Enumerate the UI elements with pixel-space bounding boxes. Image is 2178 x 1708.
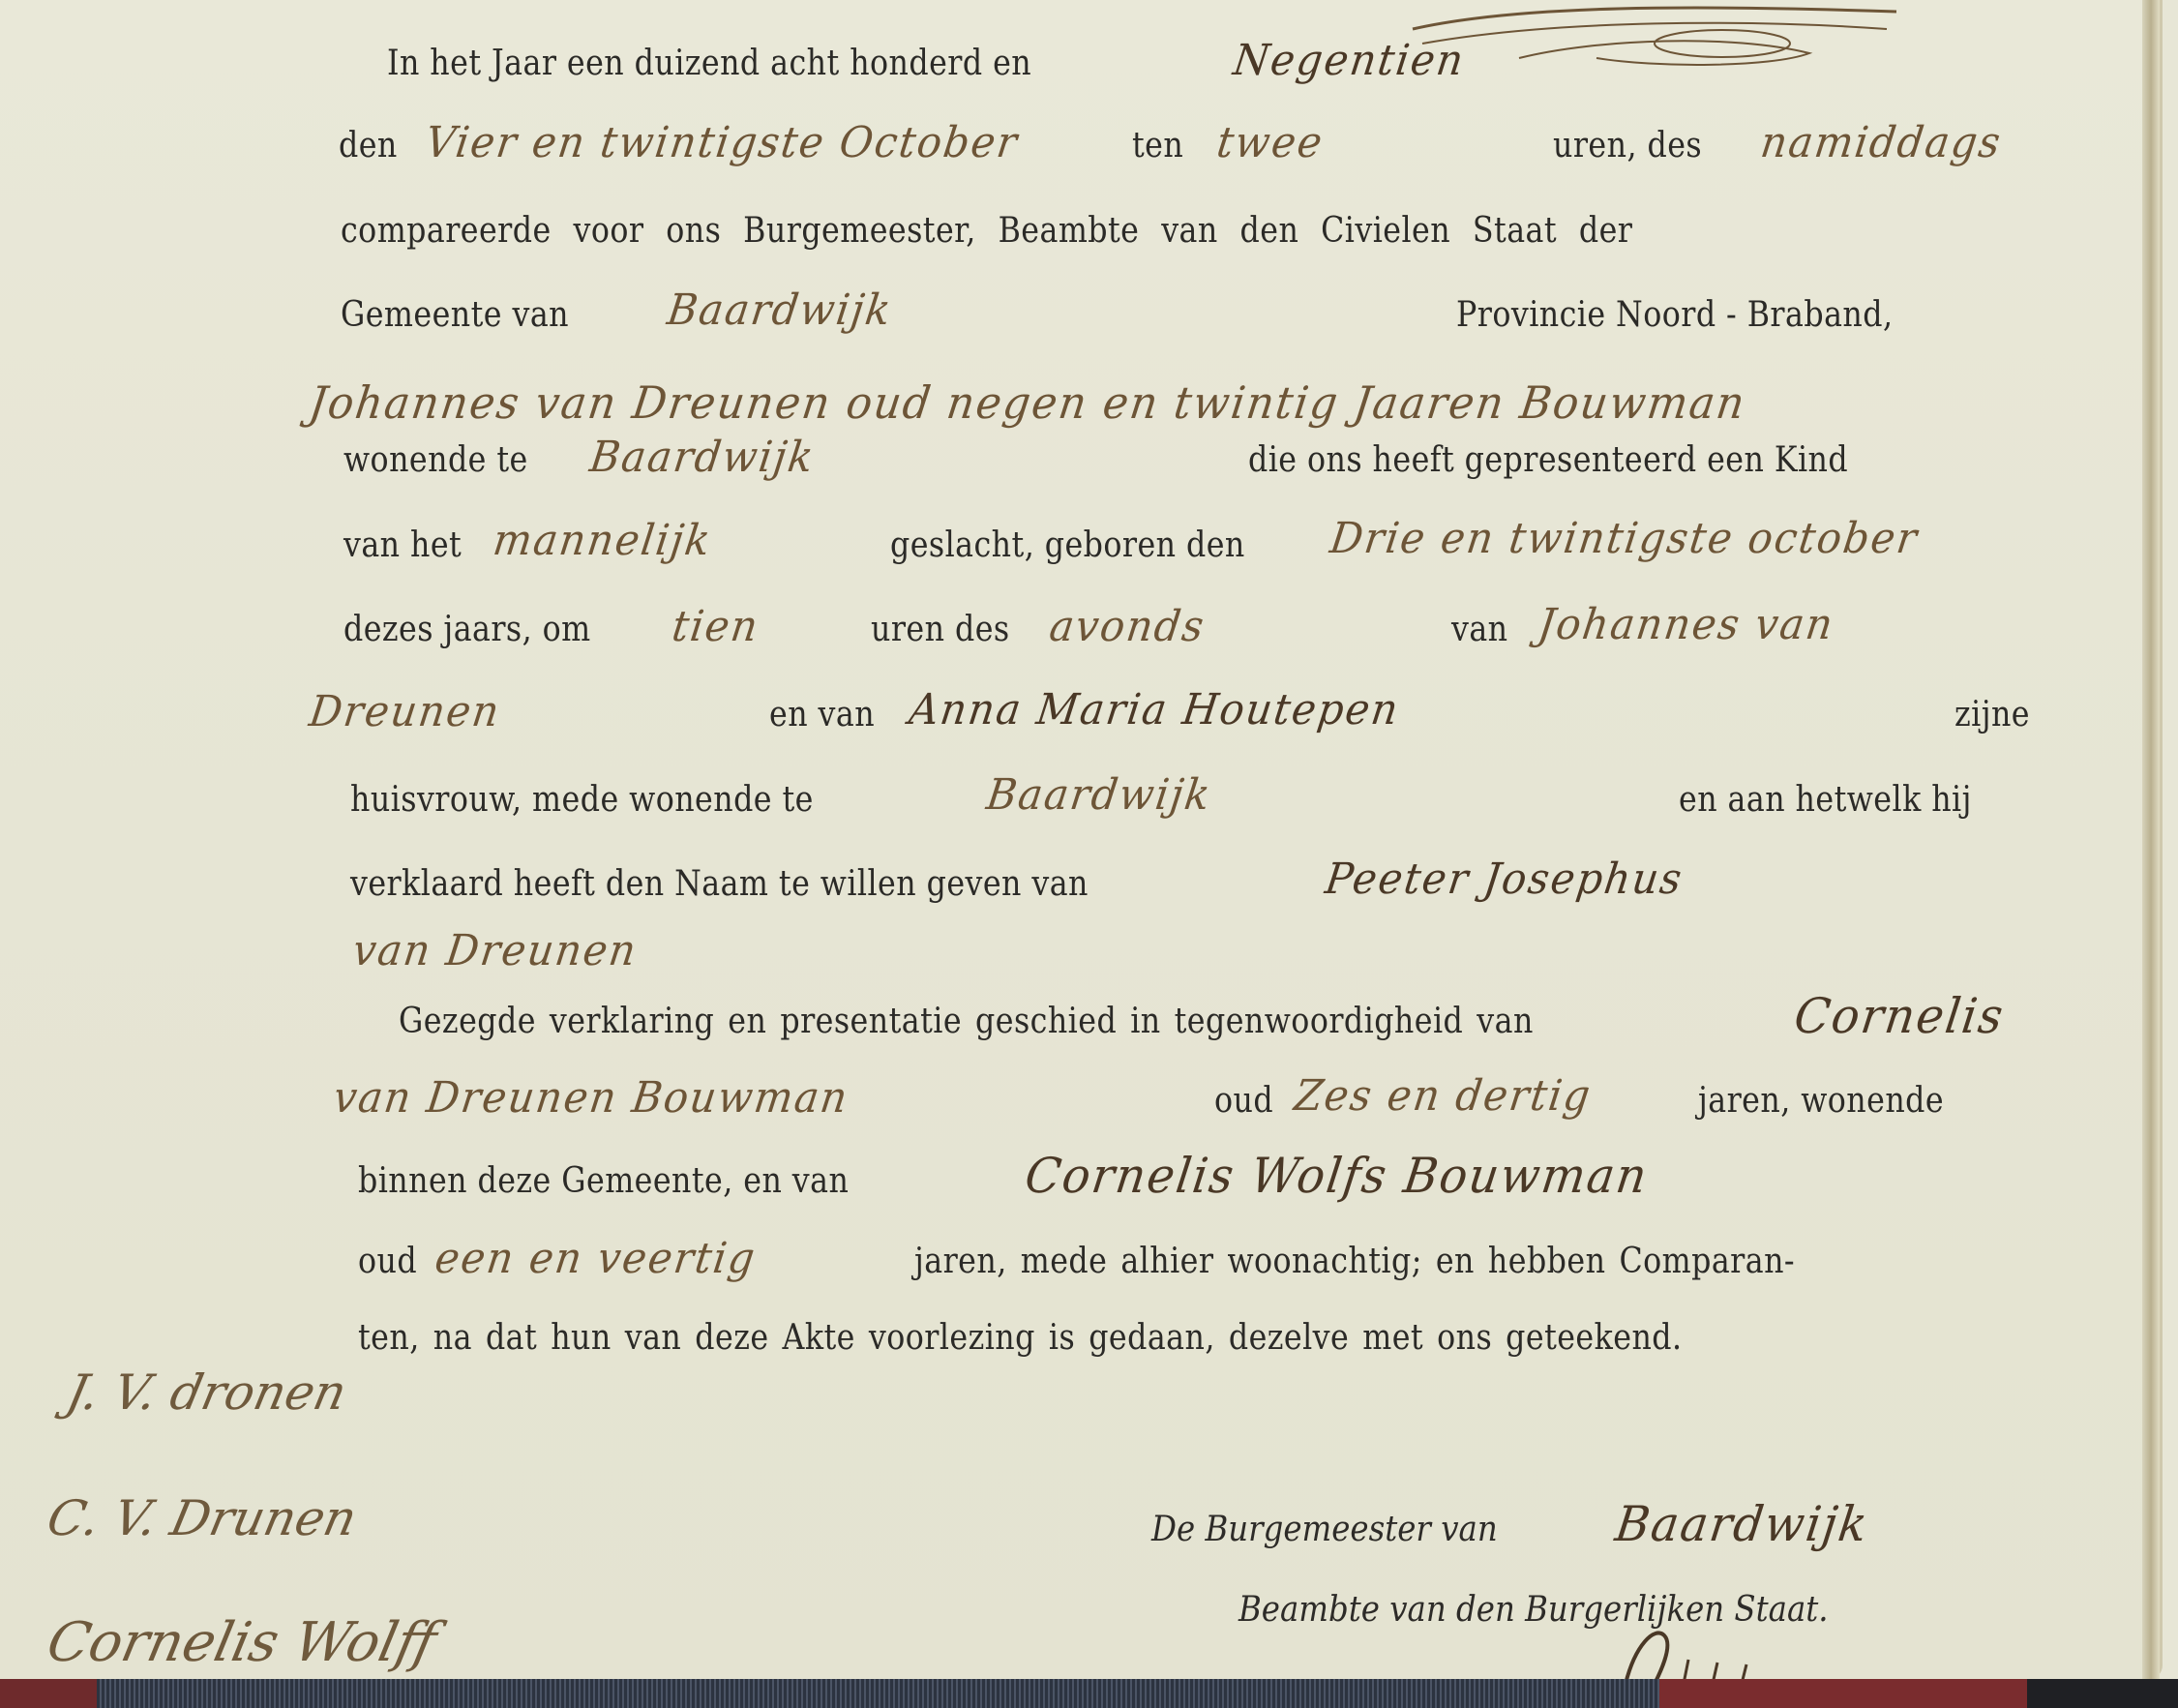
mayor-signature-stroke — [1606, 1626, 1800, 1684]
official-title: Beambte van den Burgerlijken Staat. — [1238, 1590, 1829, 1630]
printed-text: huisvrouw, mede wonende te — [350, 780, 814, 820]
line-4: Gemeente van Baardwijk Provincie Noord -… — [0, 295, 2178, 373]
line-9: Dreunen en van Anna Maria Houtepen zijne — [0, 695, 2178, 772]
handwritten-witness-2: Cornelis Wolfs Bouwman — [1022, 1148, 1652, 1204]
handwritten-child-surname: van Dreunen — [350, 926, 641, 975]
line-13: Gezegde verklaring en presentatie geschi… — [0, 1002, 2178, 1079]
handwritten-witness-1-age: Zes en dertig — [1292, 1071, 1595, 1121]
handwritten-mother-residence: Baardwijk — [984, 770, 1215, 820]
line-10: huisvrouw, mede wonende te Baardwijk en … — [0, 780, 2178, 857]
line-7: van het mannelijk geslacht, geboren den … — [0, 525, 2178, 603]
printed-text: en van — [769, 695, 875, 734]
printed-text: geslacht, geboren den — [890, 525, 1245, 565]
line-15: binnen deze Gemeente, en van Cornelis Wo… — [0, 1161, 2178, 1239]
printed-text: van — [1451, 610, 1508, 649]
printed-text: uren des — [871, 610, 1010, 649]
printed-text: compareerde voor ons Burgemeester, Beamb… — [341, 211, 1632, 251]
handwritten-declarant: Johannes van Dreunen oud negen en twinti… — [306, 376, 1748, 429]
official-title-line: Beambte van den Burgerlijken Staat. — [0, 1590, 2178, 1667]
printed-text: verklaard heeft den Naam te willen geven… — [350, 864, 1089, 904]
handwritten-child-name: Peeter Josephus — [1323, 854, 1686, 904]
handwritten-residence: Baardwijk — [587, 433, 819, 482]
handwritten-father-surname: Dreunen — [307, 687, 504, 736]
printed-text: den — [339, 126, 398, 165]
handwritten-mother-name: Anna Maria Houtepen — [907, 685, 1403, 734]
handwritten-date: Vier en twintigste October — [423, 118, 1022, 167]
printed-text: jaren, mede alhier woonachtig; en hebben… — [914, 1242, 1795, 1281]
handwritten-birth-daypart: avonds — [1047, 602, 1208, 651]
printed-text: binnen deze Gemeente, en van — [358, 1161, 849, 1201]
mayor-line: De Burgemeester van Baardwijk — [0, 1510, 2178, 1587]
printed-text: ten, na dat hun van deze Akte voorlezing… — [358, 1318, 1683, 1358]
line-3: compareerde voor ons Burgemeester, Beamb… — [0, 211, 2178, 288]
handwritten-witness-1-name: Cornelis — [1791, 988, 2008, 1044]
line-1: In het Jaar een duizend acht honderd en … — [0, 44, 2178, 121]
handwritten-witness-2-age: een en veertig — [433, 1234, 760, 1283]
printed-text: oud — [358, 1242, 417, 1281]
printed-text: dezes jaars, om — [343, 610, 591, 649]
signature-witness-1: J. V. dronen — [62, 1364, 351, 1421]
handwritten-birth-hour: tien — [670, 602, 762, 651]
book-cover-red-left — [0, 1679, 97, 1708]
book-cover-dark-right — [2027, 1679, 2178, 1708]
printed-text: Provincie Noord - Braband, — [1456, 295, 1893, 335]
handwritten-father-name: Johannes van — [1536, 600, 1837, 649]
printed-text: In het Jaar een duizend acht honderd en — [387, 44, 1031, 83]
handwritten-hour: twee — [1214, 118, 1327, 167]
printed-text: zijne — [1954, 695, 2030, 734]
printed-text: oud — [1214, 1081, 1273, 1121]
printed-text: ten — [1132, 126, 1183, 165]
handwritten-year: Negentien — [1231, 36, 1468, 85]
line-8: dezes jaars, om tien uren des avonds van… — [0, 610, 2178, 687]
line-14: van Dreunen Bouwman oud Zes en dertig ja… — [0, 1081, 2178, 1158]
printed-text: jaren, wonende — [1698, 1081, 1944, 1121]
handwritten-mayor-municipality: Baardwijk — [1612, 1496, 1872, 1552]
handwritten-municipality: Baardwijk — [665, 285, 896, 335]
printed-text: die ons heeft gepresenteerd een Kind — [1248, 440, 1848, 480]
printed-text: wonende te — [343, 440, 528, 480]
mayor-title: De Burgemeester van — [1151, 1510, 1498, 1549]
handwritten-daypart: namiddags — [1758, 118, 2005, 167]
printed-text: uren, des — [1553, 126, 1702, 165]
handwritten-sex: mannelijk — [491, 516, 715, 565]
line-2: den Vier en twintigste October ten twee … — [0, 126, 2178, 203]
line-6: wonende te Baardwijk die ons heeft gepre… — [0, 440, 2178, 518]
printed-text: Gezegde verklaring en presentatie geschi… — [399, 1002, 1534, 1041]
printed-text: van het — [343, 525, 462, 565]
line-16: oud een en veertig jaren, mede alhier wo… — [0, 1242, 2178, 1319]
line-11: verklaard heeft den Naam te willen geven… — [0, 864, 2178, 942]
printed-text: Gemeente van — [341, 295, 569, 335]
document-page: In het Jaar een duizend acht honderd en … — [0, 0, 2163, 1679]
printed-text: en aan hetwelk hij — [1679, 780, 1972, 820]
book-cover-red-right — [1659, 1679, 2027, 1708]
handwritten-birth-date: Drie en twintigste october — [1328, 514, 1922, 563]
handwritten-witness-1-surname: van Dreunen Bouwman — [331, 1073, 852, 1123]
